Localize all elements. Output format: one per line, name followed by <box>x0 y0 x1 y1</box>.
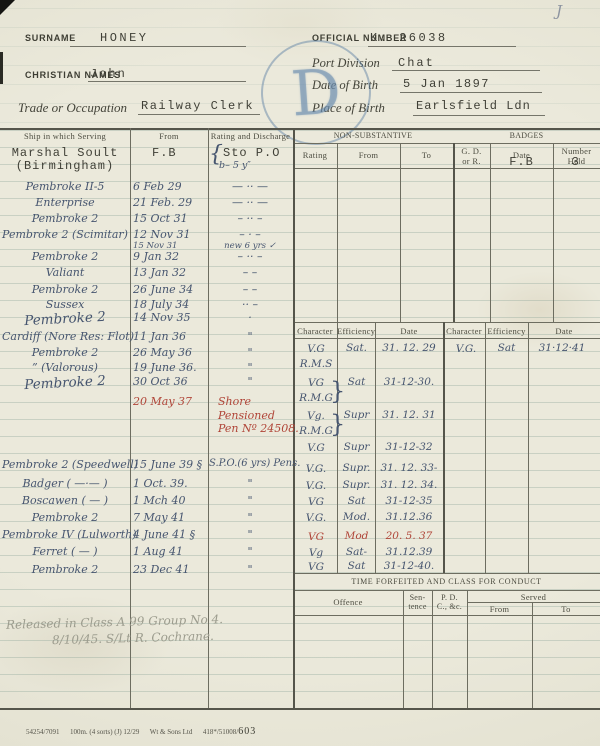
pdc-header: P. D. C., &c. <box>432 593 467 611</box>
port-division-value: Chat <box>398 56 435 70</box>
grid-line <box>293 615 600 616</box>
ship-row: Pembroke 215 Oct 31– ·· – <box>0 212 300 228</box>
ship-from: 1 Oct. 39. <box>133 477 205 490</box>
sentence-header: Sen- tence <box>403 593 432 611</box>
grid-line <box>293 338 600 339</box>
ship-name: Boscawen ( — ) <box>2 494 128 507</box>
efficiency-header-2: Efficiency <box>485 326 528 336</box>
ship-row: Pembroke 230 Oct 36" <box>0 375 300 391</box>
date-value: 31. 12. 33- <box>376 462 442 474</box>
ship-rating: ·· – <box>209 298 291 311</box>
ship-rating: " <box>209 477 291 490</box>
efficiency-value: Supr <box>338 441 375 453</box>
date-value: 31.12.39 <box>376 546 442 558</box>
grid-line <box>443 322 445 573</box>
ship-row: Pembroke II-56 Feb 29— ·· — <box>0 180 300 196</box>
character-value: VG <box>295 560 337 575</box>
ship-from: 11 Jan 36 <box>133 330 205 343</box>
character-value: V.G. <box>445 342 487 357</box>
scan-edge-artifact <box>0 52 3 84</box>
rating-typed: Sto P.O <box>223 146 280 160</box>
ship-row: Valiant13 Jan 32– – <box>0 266 300 282</box>
ship-rating: Shore Pensioned Pen Nº 24508. <box>218 395 300 436</box>
divider <box>392 70 540 71</box>
sub-gd-header: G. D. or R. <box>453 146 490 166</box>
character-row: Vg. R.M.GSupr31. 12. 31 <box>293 409 443 441</box>
grid-line <box>400 143 401 322</box>
date-value: 31. 12. 34. <box>376 479 442 491</box>
efficiency-value: Sat- <box>338 546 375 558</box>
ship-name: Valiant <box>2 266 128 279</box>
conduct-title: TIME FORFEITED AND CLASS FOR CONDUCT <box>293 577 600 586</box>
ship-row: Pembroke 223 Dec 41" <box>0 563 300 579</box>
grid-line <box>553 143 554 322</box>
ship-rating: " <box>209 375 291 388</box>
date-value: 31-12-35 <box>376 495 442 507</box>
character-row: V.G.Mod.31.12.36 <box>293 511 443 527</box>
served-from-header: From <box>467 604 532 614</box>
character-header: Character <box>293 326 337 336</box>
character-row: VGSat31-12-40. <box>293 560 443 576</box>
ship-from: 9 Jan 32 <box>133 250 205 263</box>
ship-rating: " <box>209 346 291 359</box>
ship-from: 30 Oct 36 <box>133 375 205 388</box>
christian-names-value: John <box>90 67 127 81</box>
brace-mark: } <box>330 377 345 405</box>
grid-line <box>490 143 491 322</box>
ship-from: 1 Aug 41 <box>133 545 205 558</box>
ship-from: 1 Mch 40 <box>133 494 205 507</box>
surname-label: SURNAME <box>25 33 76 43</box>
ship-from: 20 May 37 <box>133 395 205 408</box>
ship-from: 15 Oct 31 <box>133 212 205 225</box>
ship-rating: — ·· — <box>209 180 291 193</box>
divider <box>88 81 246 82</box>
trade-value: Railway Clerk <box>141 99 254 113</box>
date-header: Date <box>375 326 443 336</box>
character-row-pensioned: VGMod20. 5. 37 <box>293 530 443 546</box>
ship-name: Pembroke 2 <box>2 346 128 359</box>
ship-from: 26 May 36 <box>133 346 205 359</box>
ship-from: 14 Nov 35 <box>133 311 205 324</box>
ship-row-pensioned: 20 May 37Shore Pensioned Pen Nº 24508. <box>0 395 300 411</box>
ship-rating: " <box>209 511 291 524</box>
grid-line <box>293 322 600 323</box>
ship-from: 12 Nov 31 <box>133 228 205 241</box>
date-value: 31-12-40. <box>376 560 442 572</box>
divider <box>400 92 542 93</box>
divider <box>70 46 246 47</box>
ship-from: 4 June 41 § <box>133 528 205 541</box>
character-value: VG <box>295 495 337 510</box>
official-number-value: K. 26038 <box>370 31 448 45</box>
ship-row: Pembroke IV (Lulworth)4 June 41 §" <box>0 528 300 544</box>
ship-rating: – – <box>209 266 291 279</box>
ship-name: Badger ( —·— ) <box>2 477 128 490</box>
rating-note: b– 5 y″ <box>219 160 251 171</box>
brace-mark: } <box>330 410 345 438</box>
ship-row: Pembroke 29 Jan 32– ·· – <box>0 250 300 266</box>
character-value: V.G <box>295 441 337 456</box>
divider <box>368 46 516 47</box>
ship-name: Pembroke 2 <box>2 308 129 331</box>
ship-name: Pembroke 2 <box>2 563 128 576</box>
offence-header: Offence <box>293 597 403 607</box>
ship-from: 7 May 41 <box>133 511 205 524</box>
grid-line <box>0 708 600 710</box>
date-value: 31·12·41 <box>526 342 598 354</box>
ship-row: Pembroke 214 Nov 35· <box>0 311 300 327</box>
ship-from: 19 June 36. <box>133 361 205 374</box>
ship-rating: " <box>209 330 291 343</box>
col-badges-header: BADGES <box>453 131 600 140</box>
ship-rating: " <box>209 528 291 541</box>
grid-line <box>467 602 600 603</box>
served-to-header: To <box>532 604 600 614</box>
ship-name: Pembroke 2 <box>2 511 128 524</box>
ship-row: Pembroke 2 (Speedwell)15 June 39 §S.P.O.… <box>0 458 300 474</box>
ship-rating: " <box>209 545 291 558</box>
pencil-j-mark: J <box>556 2 562 20</box>
character-value: V.G R.M.S <box>295 342 337 372</box>
ship-row: Enterprise21 Feb. 29— ·· — <box>0 196 300 212</box>
ship-row: Ferret ( — )1 Aug 41" <box>0 545 300 561</box>
ship-name: Pembroke IV (Lulworth) <box>2 528 128 541</box>
grid-line <box>0 128 600 130</box>
date-value: 20. 5. 37 <box>376 530 442 542</box>
grid-line <box>528 322 529 573</box>
col-nonsubstantive-header: NON-SUBSTANTIVE <box>293 131 453 140</box>
ship-rating: — ·· — <box>209 196 291 209</box>
character-value: VG <box>295 530 337 545</box>
character-row: V.G R.M.SSat.31. 12. 29 <box>293 342 443 374</box>
ship-rating: " <box>209 563 291 576</box>
service-record-card: J SURNAME HONEY OFFICIAL NUMBER K. 26038… <box>0 0 600 746</box>
character-value: V.G. <box>295 511 337 526</box>
ship-name: Pembroke 2 <box>2 212 128 225</box>
grid-line <box>337 143 338 322</box>
grid-line <box>293 590 600 591</box>
ship-from-typed: F.B <box>152 146 177 160</box>
ship-row: Boscawen ( — )1 Mch 40" <box>0 494 300 510</box>
ship-name: Pembroke 2 <box>2 372 129 395</box>
divider <box>138 114 260 115</box>
imprint-number: 603 <box>238 726 256 737</box>
ship-row: Badger ( —·— )1 Oct. 39." <box>0 477 300 493</box>
corner-mark <box>0 0 15 15</box>
place-of-birth-value: Earlsfield Ldn <box>416 99 531 113</box>
badge-number-value: 3 <box>553 155 600 169</box>
ship-name-typed-2: (Birmingham) <box>0 159 130 173</box>
ship-name: Pembroke 2 <box>2 250 128 263</box>
date-value: 31-12-30. <box>376 376 442 388</box>
ship-from: 18 July 34 <box>133 298 205 311</box>
efficiency-value: Sat. <box>338 342 375 354</box>
grid-line <box>485 322 486 573</box>
badge-date-value: F.B <box>490 155 553 169</box>
ship-rating: S.P.O.(6 yrs) Pens. <box>209 458 291 469</box>
ship-from: 23 Dec 41 <box>133 563 205 576</box>
character-row: VG R.M.GSat31-12-30. <box>293 376 443 408</box>
col-ship-header: Ship in which Serving <box>0 131 130 141</box>
character-row: V.GSupr31-12-32 <box>293 441 443 457</box>
sub-to-header: To <box>400 150 453 160</box>
ship-from: 21 Feb. 29 <box>133 196 205 209</box>
character-row: VGSat31-12-35 <box>293 495 443 511</box>
date-value: 31-12-32 <box>376 441 442 453</box>
ship-name-typed: Marshal Soult <box>0 146 130 160</box>
stamp-letter: D <box>289 60 343 125</box>
ship-name: Pembroke 2 (Scimitar) <box>2 228 128 241</box>
ship-name: Cardiff (Nore Res: Flot) <box>2 330 128 343</box>
ship-rating: · <box>209 311 291 324</box>
imprint-text: 54254/7091 100m. (4 sorts) (J) 12/29 Wt … <box>26 728 238 736</box>
ship-name: Pembroke 2 <box>2 283 128 296</box>
efficiency-value: Supr. <box>338 479 375 491</box>
ship-from: 6 Feb 29 <box>133 180 205 193</box>
ship-row: Pembroke 226 May 36" <box>0 346 300 362</box>
grid-line <box>532 602 533 708</box>
divider <box>413 115 545 116</box>
col-from-header: From <box>130 131 208 141</box>
ship-rating: " <box>209 361 291 374</box>
col-rating-header: Rating and Discharge <box>208 131 293 141</box>
ship-rating: – – <box>209 283 291 296</box>
efficiency-value: Sat <box>488 342 525 354</box>
date-value: 31. 12. 31 <box>376 409 442 421</box>
character-row-right: V.G.Sat31·12·41 <box>443 342 600 358</box>
date-value: 31. 12. 29 <box>376 342 442 354</box>
ship-name: Enterprise <box>2 196 128 209</box>
ship-name: Pembroke II-5 <box>2 180 128 193</box>
character-value: V.G. <box>295 462 337 477</box>
ship-row: Pembroke 226 June 34– – <box>0 283 300 299</box>
efficiency-value: Sat <box>338 495 375 507</box>
ship-rating: – ·· – <box>209 212 291 225</box>
character-row: V.G.Supr.31. 12. 33- <box>293 462 443 478</box>
grid-line <box>453 143 455 322</box>
trade-label: Trade or Occupation <box>18 100 127 116</box>
character-value: V.G. <box>295 479 337 494</box>
ship-rating: – ·· – <box>209 250 291 263</box>
ship-rating: " <box>209 494 291 507</box>
ship-name: Pembroke 2 (Speedwell) <box>2 458 128 471</box>
ship-from: 15 June 39 § <box>133 458 205 471</box>
character-row: V.G.Supr.31. 12. 34. <box>293 479 443 495</box>
pencil-signature-note: 8/10/45. S/Lt R. Cochrane. <box>52 629 214 647</box>
ship-name: Ferret ( — ) <box>2 545 128 558</box>
ship-from: 13 Jan 32 <box>133 266 205 279</box>
character-header-2: Character <box>443 326 485 336</box>
date-header-2: Date <box>528 326 600 336</box>
printer-imprint: 54254/7091 100m. (4 sorts) (J) 12/29 Wt … <box>26 726 256 737</box>
efficiency-value: Mod <box>338 530 375 542</box>
ship-rating: – · – <box>209 228 291 241</box>
sub-rating-header: Rating <box>293 150 337 160</box>
efficiency-value: Supr. <box>338 462 375 474</box>
sub-from-header: From <box>337 150 400 160</box>
date-of-birth-value: 5 Jan 1897 <box>403 77 490 91</box>
ship-row: Cardiff (Nore Res: Flot)11 Jan 36" <box>0 330 300 346</box>
date-value: 31.12.36 <box>376 511 442 523</box>
ship-from: 26 June 34 <box>133 283 205 296</box>
efficiency-value: Sat <box>338 560 375 572</box>
character-value: Vg <box>295 546 337 561</box>
efficiency-header: Efficiency <box>337 326 375 336</box>
ship-row: Pembroke 27 May 41" <box>0 511 300 527</box>
served-header: Served <box>467 592 600 602</box>
surname-value: HONEY <box>100 31 149 45</box>
efficiency-value: Mod. <box>338 511 375 523</box>
